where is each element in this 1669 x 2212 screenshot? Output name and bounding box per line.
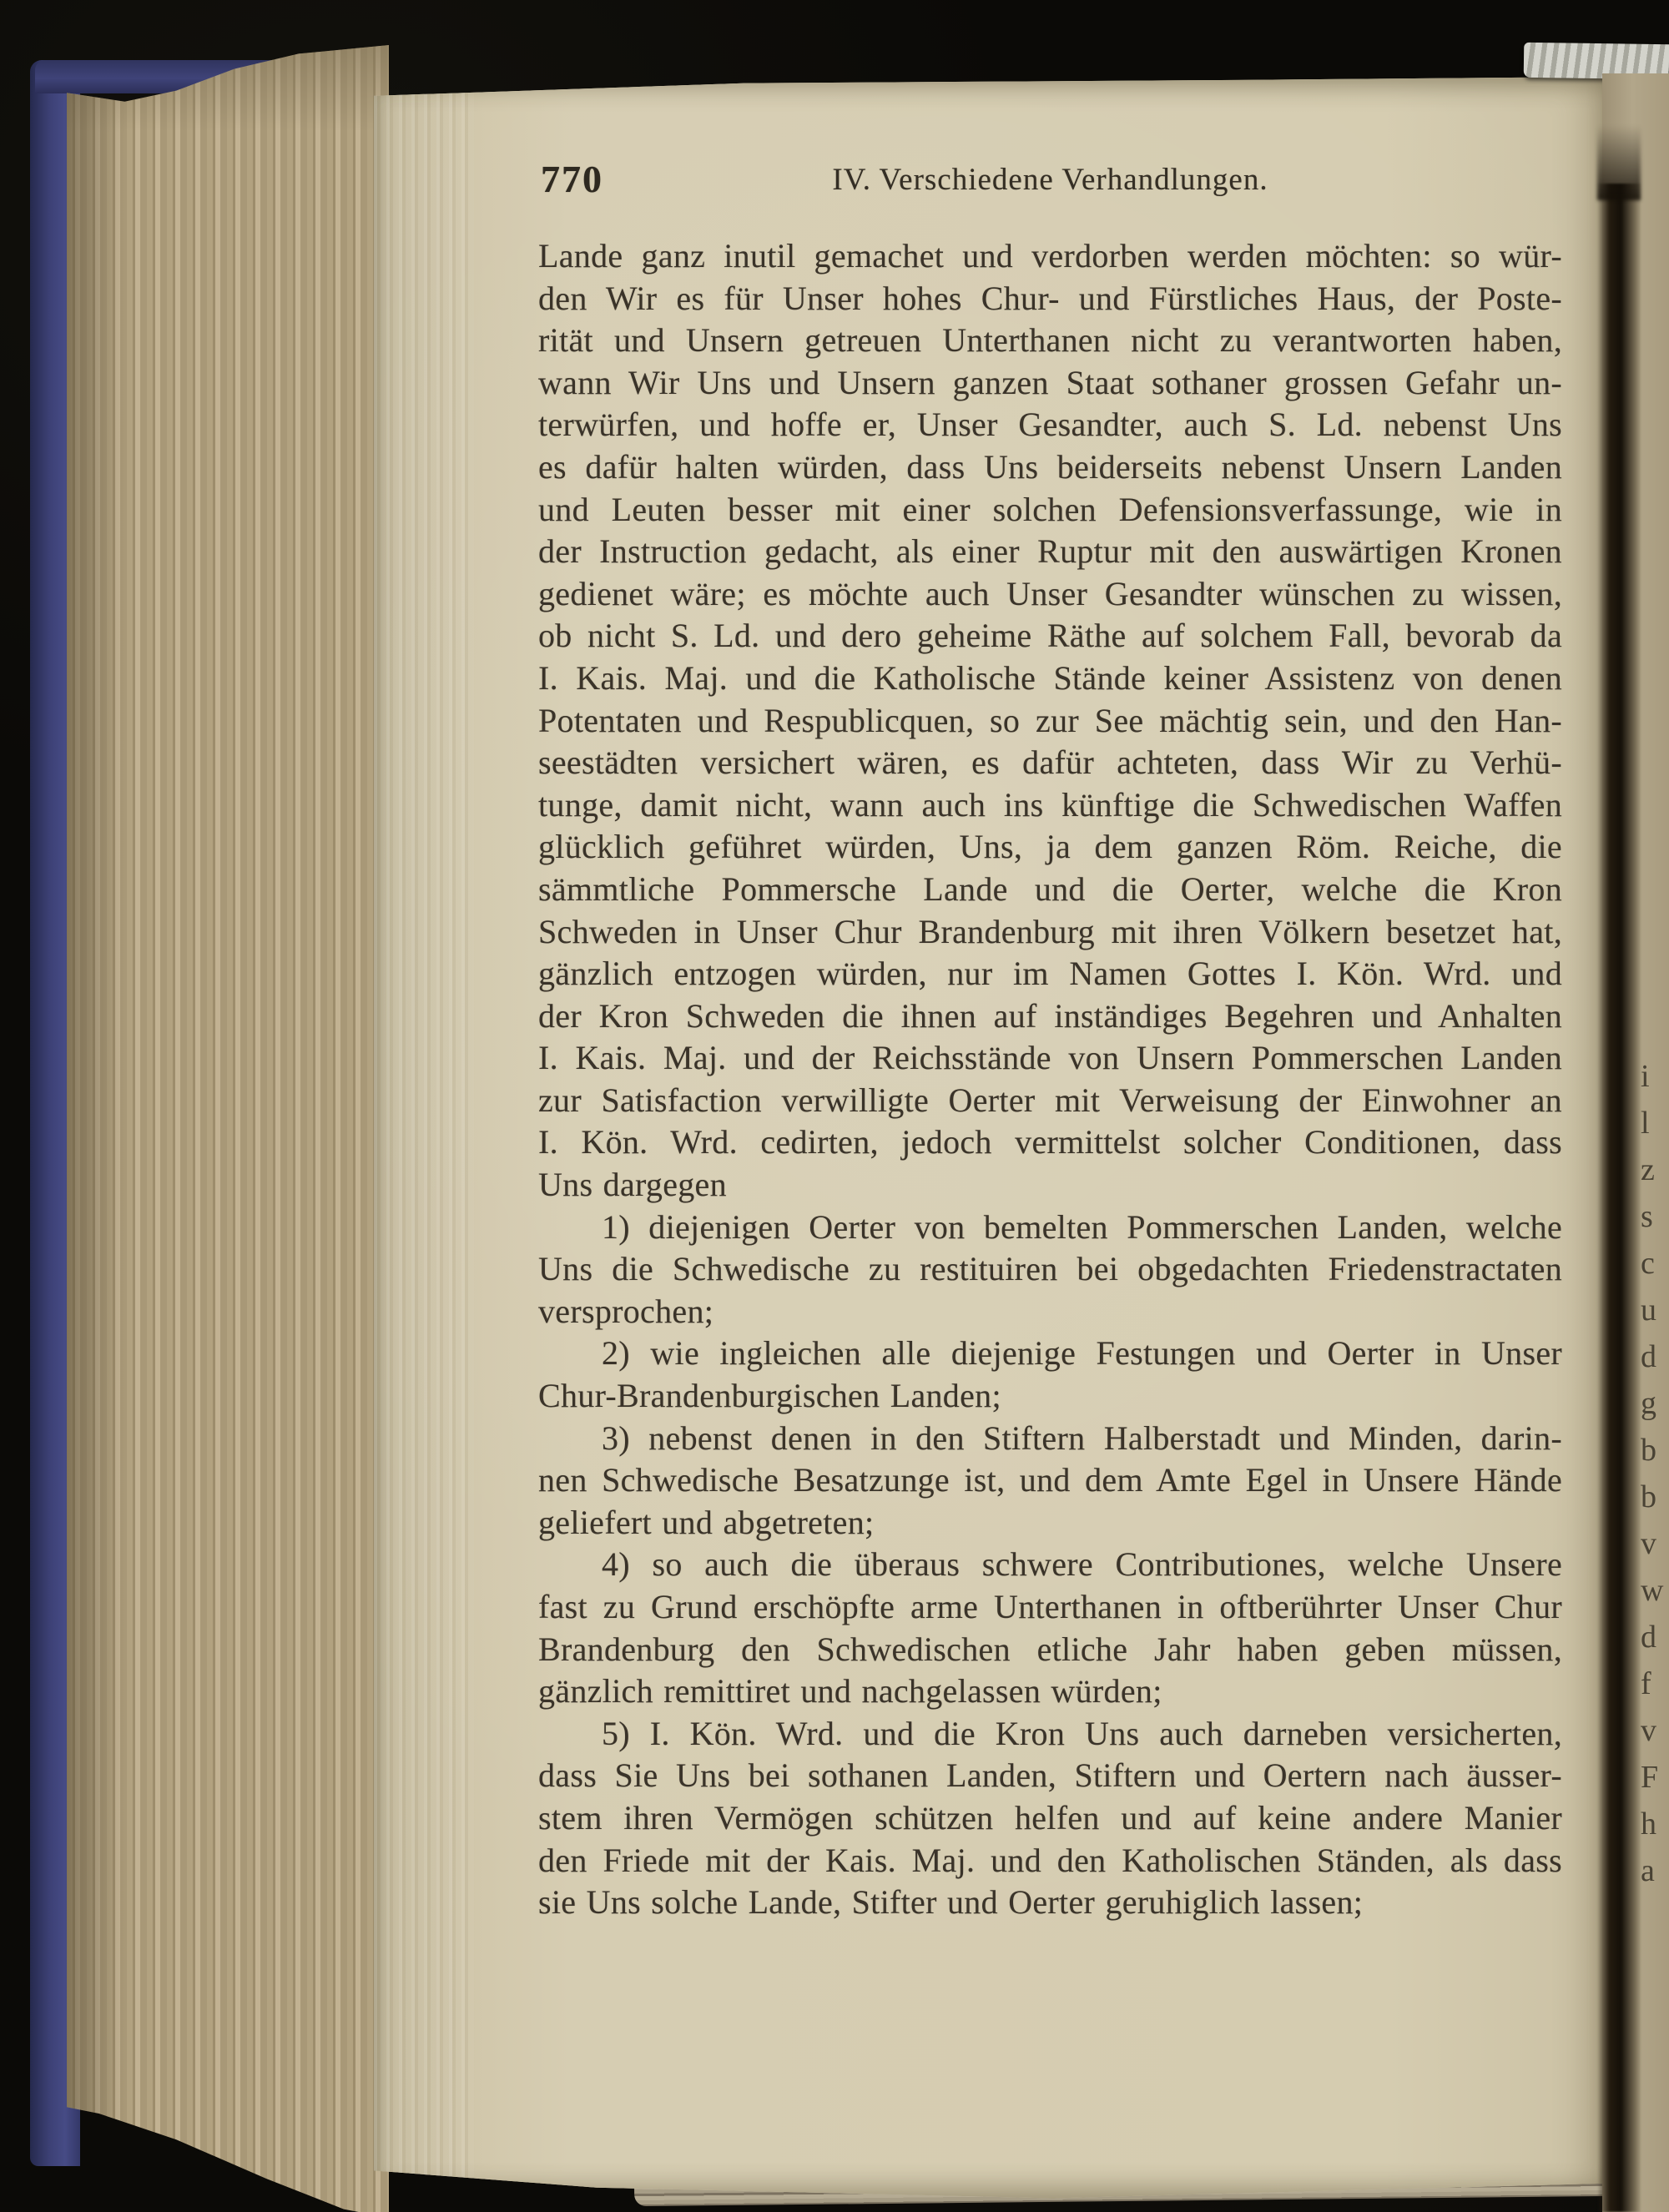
- text-line: terwürfen, und hoffe er, Unser Gesandter…: [538, 404, 1562, 446]
- edge-letter: F: [1641, 1754, 1669, 1801]
- text-line: den Friede mit der Kais. Maj. und den Ka…: [538, 1840, 1562, 1882]
- text-line: fast zu Grund erschöpfte arme Unterthane…: [538, 1586, 1562, 1629]
- fore-edge-page-stack: [67, 45, 389, 2212]
- text-line: I. Kön. Wrd. cedirten, jedoch vermittels…: [538, 1121, 1562, 1164]
- text-line: der Instruction gedacht, als einer Ruptu…: [538, 531, 1562, 573]
- body-text-block: Lande ganz inutil gemachet und verdorben…: [538, 235, 1562, 1924]
- text-line: Brandenburg den Schwedischen etliche Jah…: [538, 1629, 1562, 1671]
- text-line: gedienet wäre; es möchte auch Unser Gesa…: [538, 573, 1562, 616]
- edge-letter: b: [1641, 1427, 1669, 1474]
- text-line: stem ihren Vermögen schützen helfen und …: [538, 1797, 1562, 1840]
- edge-letter: w: [1641, 1567, 1669, 1614]
- text-line: tunge, damit nicht, wann auch ins künfti…: [538, 784, 1562, 827]
- text-line: 5) I. Kön. Wrd. und die Kron Uns auch da…: [538, 1713, 1562, 1756]
- text-line: geliefert und abgetreten;: [538, 1502, 1562, 1544]
- edge-letter: i: [1641, 1053, 1669, 1100]
- edge-letter: v: [1641, 1520, 1669, 1567]
- text-line: es dafür halten würden, dass Uns beiders…: [538, 446, 1562, 489]
- edge-letter: s: [1641, 1193, 1669, 1240]
- text-line: wann Wir Uns und Unsern ganzen Staat sot…: [538, 362, 1562, 405]
- text-line: seestädten versichert wären, es dafür ac…: [538, 742, 1562, 784]
- edge-letter: d: [1641, 1614, 1669, 1660]
- text-line: der Kron Schweden die ihnen auf inständi…: [538, 995, 1562, 1038]
- gutter-shadow: [1597, 184, 1641, 2212]
- edge-letter: l: [1641, 1100, 1669, 1146]
- text-line: I. Kais. Maj. und die Katholische Stände…: [538, 658, 1562, 700]
- text-line: 4) so auch die überaus schwere Contribut…: [538, 1544, 1562, 1586]
- text-line: den Wir es für Unser hohes Chur- und Für…: [538, 278, 1562, 320]
- text-line: 3) nebenst denen in den Stiftern Halbers…: [538, 1418, 1562, 1460]
- text-line: Schweden in Unser Chur Brandenburg mit i…: [538, 911, 1562, 954]
- text-line: dass Sie Uns bei sothanen Landen, Stifte…: [538, 1755, 1562, 1797]
- text-line: Uns dargegen: [538, 1164, 1562, 1207]
- book-page-photo: 770 IV. Verschiedene Verhandlungen. Land…: [0, 0, 1669, 2212]
- text-line: I. Kais. Maj. und der Reichsstände von U…: [538, 1037, 1562, 1080]
- text-line: 2) wie ingleichen alle diejenige Festung…: [538, 1333, 1562, 1375]
- edge-letter: f: [1641, 1660, 1669, 1707]
- edge-letter: d: [1641, 1333, 1669, 1380]
- text-line: sie Uns solche Lande, Stifter und Oerter…: [538, 1882, 1562, 1924]
- text-line: Chur-Brandenburgischen Landen;: [538, 1375, 1562, 1418]
- edge-letter: c: [1641, 1240, 1669, 1287]
- text-line: 1) diejenigen Oerter von bemelten Pommer…: [538, 1207, 1562, 1249]
- text-line: zur Satisfaction verwilligte Oerter mit …: [538, 1080, 1562, 1122]
- text-line: gänzlich entzogen würden, nur im Namen G…: [538, 953, 1562, 995]
- edge-letter: z: [1641, 1146, 1669, 1193]
- edge-letter: h: [1641, 1801, 1669, 1847]
- edge-letter: b: [1641, 1474, 1669, 1520]
- text-line: ob nicht S. Ld. und dero geheime Räthe a…: [538, 615, 1562, 658]
- facing-page-edge-letters: ilzscudgbbvwdfvFha: [1641, 1053, 1669, 1894]
- edge-letter: v: [1641, 1707, 1669, 1754]
- gutter-shadow-fade: [1597, 125, 1641, 200]
- text-line: versprochen;: [538, 1291, 1562, 1333]
- open-book-page: 770 IV. Verschiedene Verhandlungen. Land…: [374, 77, 1609, 2200]
- text-line: nen Schwedische Besatzunge ist, und dem …: [538, 1459, 1562, 1502]
- edge-letter: g: [1641, 1380, 1669, 1427]
- text-line: Uns die Schwedische zu restituiren bei o…: [538, 1248, 1562, 1291]
- edge-letter: a: [1641, 1847, 1669, 1894]
- text-line: rität und Unsern getreuen Unterthanen ni…: [538, 320, 1562, 362]
- text-line: Lande ganz inutil gemachet und verdorben…: [538, 235, 1562, 278]
- text-line: glücklich geführet würden, Uns, ja dem g…: [538, 826, 1562, 869]
- text-line: sämmtliche Pommersche Lande und die Oert…: [538, 869, 1562, 911]
- text-line: und Leuten besser mit einer solchen Defe…: [538, 489, 1562, 532]
- text-line: gänzlich remittiret und nachgelassen wür…: [538, 1670, 1562, 1713]
- edge-letter: u: [1641, 1287, 1669, 1333]
- page-curl-highlight: [374, 77, 474, 2200]
- text-line: Potentaten und Respublicquen, so zur See…: [538, 700, 1562, 743]
- running-header: IV. Verschiedene Verhandlungen.: [538, 162, 1562, 198]
